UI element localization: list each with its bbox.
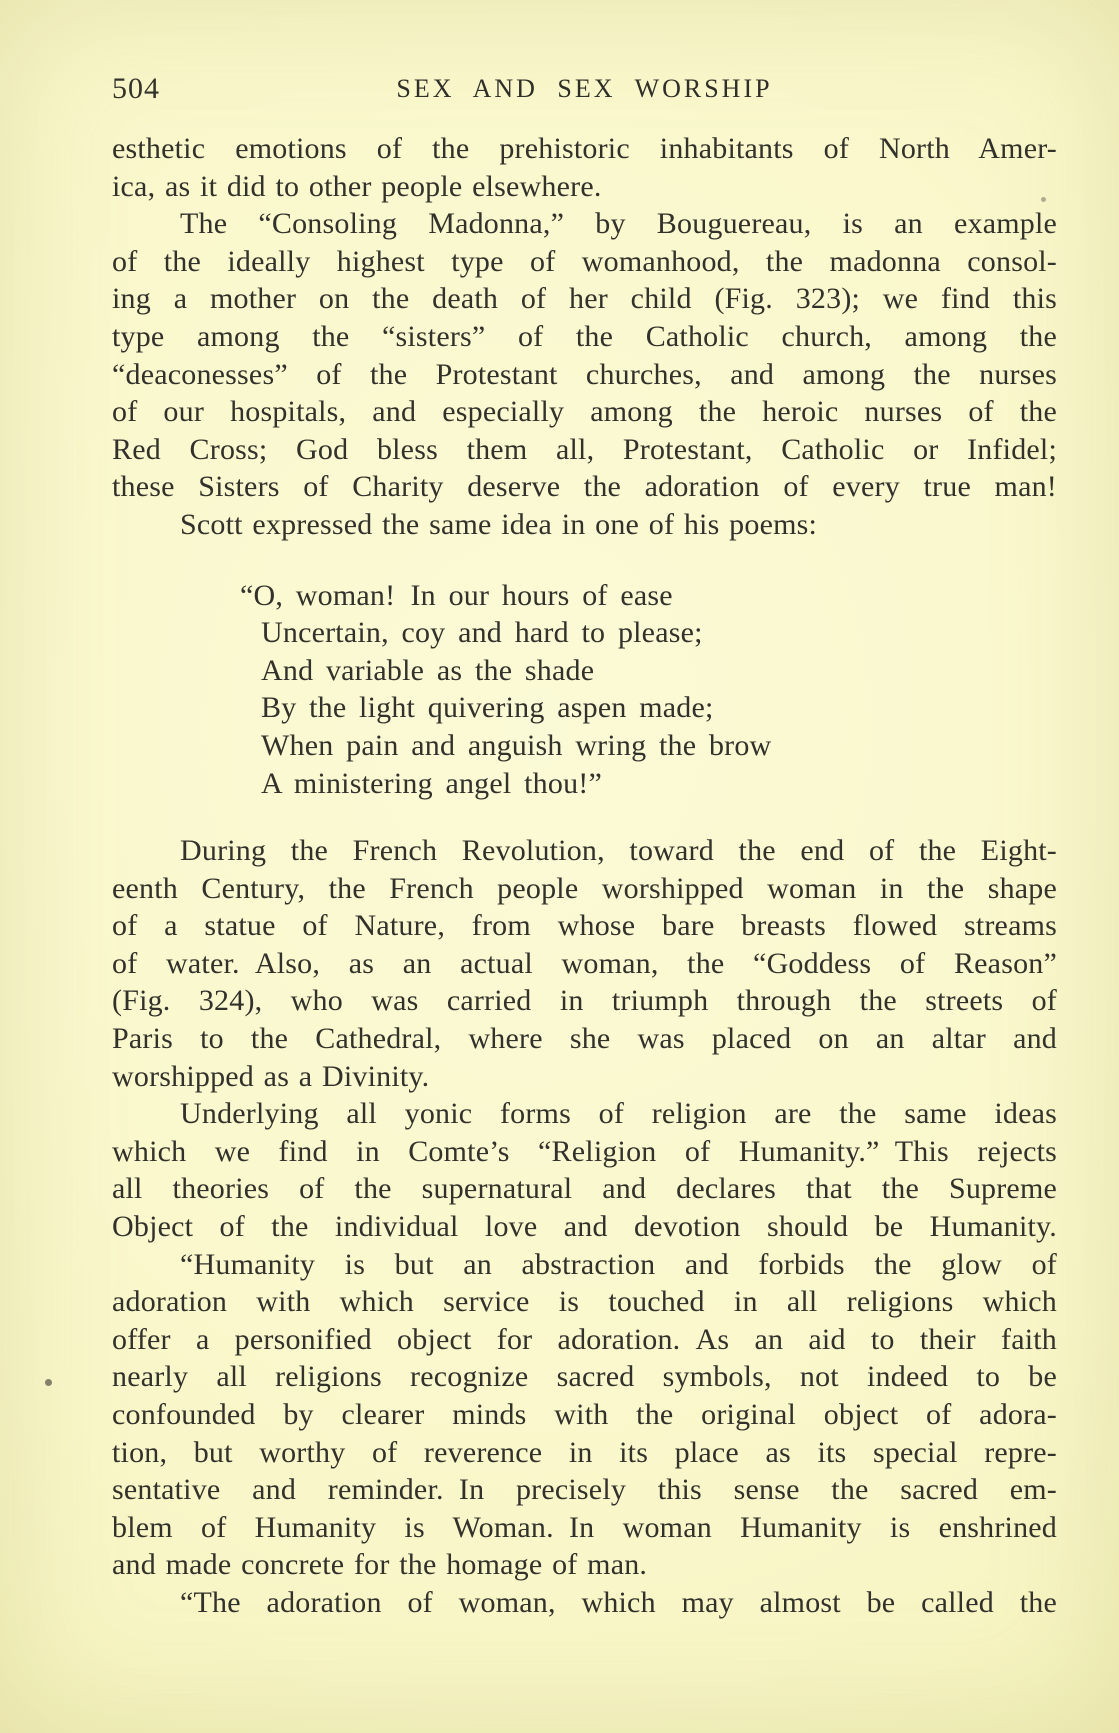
text-line: Scott expressed the same idea in one of … (112, 506, 1057, 544)
text-line: esthetic emotions of the prehistoric inh… (112, 130, 1057, 168)
body-text: esthetic emotions of the prehistoric inh… (112, 130, 1057, 1622)
poem-line: And variable as the shade (240, 652, 1057, 690)
text-line: tion, but worthy of reverence in its pla… (112, 1434, 1057, 1472)
page-number: 504 (112, 72, 160, 106)
text-line: Paris to the Cathedral, where she was pl… (112, 1020, 1057, 1058)
text-line: (Fig. 324), who was carried in triumph t… (112, 982, 1057, 1020)
text-line: “deaconesses” of the Protestant churches… (112, 356, 1057, 394)
text-line: of the ideally highest type of womanhood… (112, 243, 1057, 281)
text-line: worshipped as a Divinity. (112, 1058, 1057, 1096)
poem-line: By the light quivering aspen made; (240, 689, 1057, 727)
text-line: nearly all religions recognize sacred sy… (112, 1358, 1057, 1396)
text-line: sentative and reminder. In precisely thi… (112, 1471, 1057, 1509)
text-line: which we find in Comte’s “Religion of Hu… (112, 1133, 1057, 1171)
text-line: During the French Revolution, toward the… (112, 832, 1057, 870)
book-page: 504 SEX AND SEX WORSHIP esthetic emotion… (0, 0, 1119, 1733)
text-line: The “Consoling Madonna,” by Bouguereau, … (112, 205, 1057, 243)
ink-speck (1041, 197, 1046, 202)
poem-line: A ministering angel thou!” (240, 765, 1057, 803)
text-column: 504 SEX AND SEX WORSHIP esthetic emotion… (112, 0, 1057, 1622)
text-line: all theories of the supernatural and dec… (112, 1170, 1057, 1208)
text-line: of a statue of Nature, from whose bare b… (112, 907, 1057, 945)
text-line: “Humanity is but an abstraction and forb… (112, 1246, 1057, 1284)
poem-line: Uncertain, coy and hard to please; (240, 614, 1057, 652)
text-line: these Sisters of Charity deserve the ado… (112, 468, 1057, 506)
text-line: of our hospitals, and especially among t… (112, 393, 1057, 431)
text-line: “The adoration of woman, which may almos… (112, 1584, 1057, 1622)
text-line: ica, as it did to other people elsewhere… (112, 168, 1057, 206)
text-line: offer a personified object for adoration… (112, 1321, 1057, 1359)
text-line: Red Cross; God bless them all, Protestan… (112, 431, 1057, 469)
text-line: blem of Humanity is Woman. In woman Huma… (112, 1509, 1057, 1547)
text-line: confounded by clearer minds with the ori… (112, 1396, 1057, 1434)
page-header: 504 SEX AND SEX WORSHIP (112, 0, 1057, 108)
poem-line: When pain and anguish wring the brow (240, 727, 1057, 765)
poem-quotation: “O, woman! In our hours of ease Uncertai… (240, 577, 1057, 803)
text-line: eenth Century, the French people worship… (112, 870, 1057, 908)
text-line: adoration with which service is touched … (112, 1283, 1057, 1321)
text-line: and made concrete for the homage of man. (112, 1546, 1057, 1584)
running-header: SEX AND SEX WORSHIP (112, 74, 1057, 104)
text-line: of water. Also, as an actual woman, the … (112, 945, 1057, 983)
text-line: Object of the individual love and devoti… (112, 1208, 1057, 1246)
text-line: Underlying all yonic forms of religion a… (112, 1095, 1057, 1133)
text-line: ing a mother on the death of her child (… (112, 280, 1057, 318)
poem-line: “O, woman! In our hours of ease (240, 577, 1057, 615)
text-line: type among the “sisters” of the Catholic… (112, 318, 1057, 356)
ink-speck (45, 1379, 52, 1386)
